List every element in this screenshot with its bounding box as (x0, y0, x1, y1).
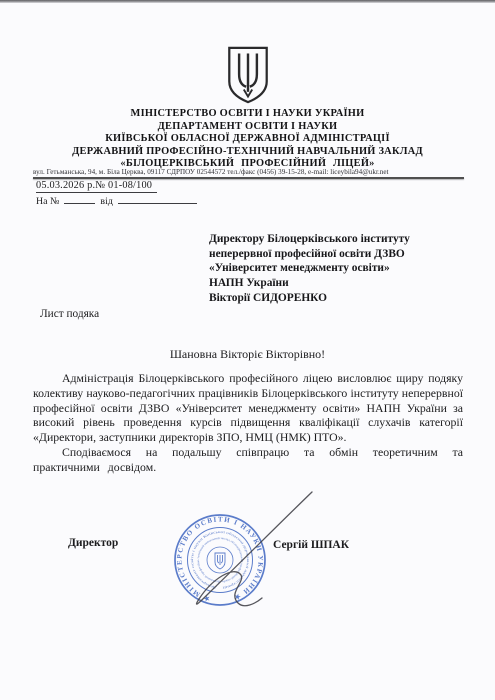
addressee-line: «Університет менеджменту освіти» (209, 261, 410, 276)
scan-edge-artifact (0, 0, 495, 3)
body-paragraph: Сподіваємося на подальшу співпрацю та об… (33, 445, 463, 475)
reply-prefix-label: На № (36, 196, 59, 207)
blank-number-line (64, 193, 95, 204)
handwritten-signature (165, 482, 325, 622)
scanned-letter-document: МІНІСТЕРСТВО ОСВІТИ І НАУКИ УКРАЇНИ ДЕПА… (0, 0, 495, 700)
salutation: Шановна Вікторіє Вікторівно! (0, 347, 495, 362)
body-paragraph: Адміністрація Білоцерківського професійн… (33, 371, 463, 445)
addressee-line: Директору Білоцерківського інституту (209, 232, 410, 247)
org-name-line: МІНІСТЕРСТВО ОСВІТИ І НАУКИ УКРАЇНИ (0, 108, 495, 121)
signer-name: Сергій ШПАК (273, 539, 349, 551)
org-name-line: ДЕРЖАВНИЙ ПРОФЕСІЙНО-ТЕХНІЧНИЙ НАВЧАЛЬНИ… (0, 146, 495, 159)
org-name-line: ДЕПАРТАМЕНТ ОСВІТИ І НАУКИ (0, 121, 495, 134)
reply-reference-line: На №від (36, 193, 197, 207)
addressee-line: неперервної професійної освіти ДЗВО (209, 247, 410, 262)
blank-date-line (118, 193, 197, 204)
organization-letterhead: МІНІСТЕРСТВО ОСВІТИ І НАУКИ УКРАЇНИ ДЕПА… (0, 108, 495, 171)
outgoing-date-number: 05.03.2026 р.№ 01-08/100 (36, 180, 157, 193)
contact-info-line: вул. Гетьманська, 94, м. Біла Церква, 09… (33, 168, 465, 176)
signer-title: Директор (68, 537, 118, 549)
addressee-line: НАПН України (209, 276, 410, 291)
ukraine-trident-emblem-icon (224, 46, 272, 104)
letterhead-divider-rule (33, 177, 464, 179)
letter-body: Адміністрація Білоцерківського професійн… (33, 371, 463, 474)
document-type-label: Лист подяка (40, 308, 99, 320)
addressee-name: Вікторії СИДОРЕНКО (209, 291, 410, 306)
reply-from-label: від (100, 196, 112, 207)
org-name-line: КИЇВСЬКОЇ ОБЛАСНОЇ ДЕРЖАВНОЇ АДМІНІСТРАЦ… (0, 133, 495, 146)
addressee-block: Директору Білоцерківського інституту неп… (209, 232, 410, 306)
